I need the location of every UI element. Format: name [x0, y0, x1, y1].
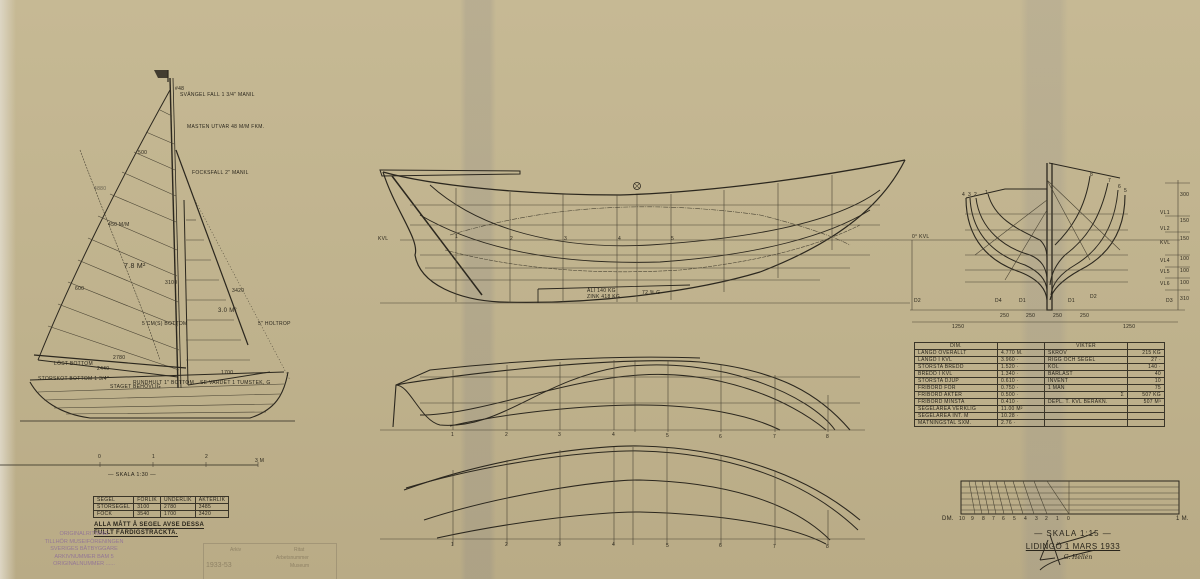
weight-label: 1 man [1045, 385, 1128, 392]
plan-station-3: 3 [558, 542, 561, 548]
body-station-3: 3 [968, 192, 971, 198]
weight-label [1045, 420, 1128, 427]
dim-label: Största bredd [915, 364, 998, 371]
sail-table-cell: 3420 [195, 511, 229, 518]
dimensions-weights-table: Dim. Vikter Längd överallt4.770 m.Skrov2… [914, 342, 1165, 427]
stamp-line: Sveriges Båtbyggare [14, 546, 154, 554]
profile-view-graphic [380, 160, 1180, 303]
sail-table-cell: 2780 [161, 504, 196, 511]
body-spacing: 250 [1026, 313, 1035, 319]
sail-dim-3420: 3420 [232, 288, 244, 294]
body-station-1: 1 [985, 190, 988, 196]
mainsail-area-label: 7.8 m² [124, 263, 146, 270]
sail-dim-500: 500 [138, 150, 147, 156]
profile-station-1: 1 [455, 234, 458, 240]
half-breadth-station-3: 3 [558, 432, 561, 438]
weight-label: Barlast [1045, 371, 1128, 378]
scale-tick: 10 [959, 516, 965, 522]
table-row: Längd överallt4.770 m.Skrov215 kg [915, 350, 1165, 357]
body-diagonal-label: D1 [1068, 298, 1075, 304]
plan-station-6: 6 [719, 543, 722, 549]
sail-table-cell: Storsegel [94, 504, 134, 511]
ballast-annotation-2: ZINK 418 kg [587, 294, 620, 300]
sail-dim-450: 450 m/m [108, 222, 130, 228]
weight-value [1128, 406, 1165, 413]
dim-label: Mätningstal SXM. [915, 420, 998, 427]
dim-value: 0.410 · [998, 399, 1045, 406]
scale-tick: 7 [992, 516, 995, 522]
sail-table-header: Akterlik [195, 497, 229, 504]
table-row: Största bredd1.520 ·Köl140 · [915, 364, 1165, 371]
half-breadth-station-7: 7 [773, 434, 776, 440]
stamp-line: Arkivnummer BAM 5 [14, 554, 154, 562]
scale-tick: 8 [982, 516, 985, 522]
dim-value: 11.00 m² [998, 406, 1045, 413]
plan-station-7: 7 [773, 544, 776, 550]
body-vertical-dim: 150 [1180, 218, 1189, 224]
sail-table-row: Storsegel 3100 2780 3485 [94, 504, 229, 511]
half-breadth-station-5: 5 [666, 433, 669, 439]
half-breadth-station-1: 1 [451, 432, 454, 438]
faint-stamp-label: Ritat [294, 546, 304, 554]
ballast-annotation-3: 72 % G [642, 290, 660, 296]
weight-label [1045, 406, 1128, 413]
weights-table-spacer [1128, 343, 1165, 350]
stamp-line: Originalritning [14, 531, 154, 539]
weight-value: 140 · [1128, 364, 1165, 371]
weight-label: Σ [1045, 392, 1128, 399]
dim-value: 1.520 · [998, 364, 1045, 371]
weight-label: Rigg och segel [1045, 357, 1128, 364]
sail-dim-3100: 3100 [165, 280, 177, 286]
weight-label: Invent [1045, 378, 1128, 385]
faint-stamp-number: 1933-53 [206, 562, 232, 570]
half-breadth-view-graphic [380, 357, 865, 432]
faint-stamp-label: Arbetsnummer [276, 554, 309, 562]
weight-value: 507 kg [1128, 392, 1165, 399]
weight-label: Köl [1045, 364, 1128, 371]
sail-table-header: Förlik [134, 497, 161, 504]
body-vertical-dim: 100 [1180, 256, 1189, 262]
dim-label: Segelarea int. m [915, 413, 998, 420]
drawing-sheet: #48 Svängel fall 1 3/4" manil Masten utv… [0, 0, 1200, 579]
scale-tick: 3 [1035, 516, 1038, 522]
dim-value: 0.750 · [998, 385, 1045, 392]
scale-tick-2: 2 [205, 454, 208, 460]
stamp-line: Tillhör Museiföreningen [14, 539, 154, 547]
body-diagonal-label: D2 [1090, 294, 1097, 300]
sail-dim-600: 600 [75, 286, 84, 292]
body-vertical-dim: 100 [1180, 268, 1189, 274]
weight-label: Depl. t. KVL beräkn. [1045, 399, 1128, 406]
sail-dim-4880: 4880 [94, 186, 106, 192]
body-station-8: 8 [1090, 172, 1093, 178]
dim-table-header: Dim. [915, 343, 998, 350]
body-diagonal-label: D4 [995, 298, 1002, 304]
scale-tick: 9 [971, 516, 974, 522]
sail-label-halyard: Svängel fall 1 3/4" manil [180, 92, 255, 98]
plan-station-8: 8 [826, 544, 829, 550]
weight-label [1045, 413, 1128, 420]
body-vertical-dim: 150 [1180, 236, 1189, 242]
profile-station-2: 2 [510, 236, 513, 242]
sail-dim-2780: 2780 [113, 355, 125, 361]
archive-stamp: Originalritning Tillhör Museiföreningen … [14, 531, 154, 569]
dim-value: 2.76 · [998, 420, 1045, 427]
plan-station-1: 1 [451, 542, 454, 548]
sail-label-loose-foot: Löst bottom [54, 361, 93, 367]
dim-label: Fribord för [915, 385, 998, 392]
body-waterline-mark: KVL [1160, 240, 1170, 246]
body-station-7: 7 [1108, 178, 1111, 184]
sail-dim-2440: 2440 [97, 366, 109, 372]
body-waterline-mark: VL5 [1160, 269, 1170, 275]
profile-waterline-label: KVL [378, 236, 388, 242]
weight-value: 40 [1128, 371, 1165, 378]
scale-tick: 0 [1067, 516, 1070, 522]
plan-station-5: 5 [666, 543, 669, 549]
body-station-4: 4 [962, 192, 965, 198]
faint-registry-stamp: Arkiv Ritat Arbetsnummer Museum 1933-53 [203, 543, 337, 579]
sail-label-rundhult: Rundhult 1" bottom [133, 380, 194, 386]
body-waterline-mark: VL2 [1160, 226, 1170, 232]
sail-scale-label: — SKALA 1:30 — [108, 472, 156, 478]
sail-label-mainsheet: Storskot bottom 1 3/4" [38, 376, 109, 382]
plan-station-4: 4 [612, 542, 615, 548]
body-diagonal-label: D2 [914, 298, 921, 304]
body-waterline-mark: VL6 [1160, 281, 1170, 287]
dim-label: Fribord minsta [915, 399, 998, 406]
half-breadth-station-6: 6 [719, 434, 722, 440]
sail-table-header: Underlik [161, 497, 196, 504]
body-waterline-mark: VL1 [1160, 210, 1170, 216]
weights-table-header: Vikter [1045, 343, 1128, 350]
designer-signature: G. Hellén [1058, 554, 1098, 561]
sail-note-line1: Alla mått å segel avse dessa [94, 522, 204, 529]
table-row: Segelarea int. m10.28 · [915, 413, 1165, 420]
body-station-2: 2 [974, 192, 977, 198]
scale-tick-0: 0 [98, 454, 101, 460]
dim-value: 1.340 · [998, 371, 1045, 378]
table-row: Största djup0.610 ·Invent10 [915, 378, 1165, 385]
table-row: Segelarea verklig11.00 m² [915, 406, 1165, 413]
body-waterline-label: 0° KVL [912, 234, 929, 240]
table-row: Fribord akter0.500 ·Σ507 kg [915, 392, 1165, 399]
scale-tick-1: 1 [152, 454, 155, 460]
table-row: Fribord minsta0.410 ·Depl. t. KVL beräkn… [915, 399, 1165, 406]
dim-value: 0.500 · [998, 392, 1045, 399]
dim-label: Bredd i KVL [915, 371, 998, 378]
plan-view-graphic [380, 446, 865, 545]
dim-label: Längd i KVL [915, 357, 998, 364]
body-spacing: 250 [1000, 313, 1009, 319]
table-row: Bredd i KVL1.340 ·Barlast40 [915, 371, 1165, 378]
sail-table-cell: 3100 [134, 504, 161, 511]
dim-value: 0.610 · [998, 378, 1045, 385]
profile-station-3: 3 [564, 236, 567, 242]
sail-label-mast: Masten utvar 48 m/m fkm. [187, 124, 264, 130]
scale-tick-3: 3 m [255, 458, 264, 464]
dim-table-spacer [998, 343, 1045, 350]
sail-table-cell: 3540 [134, 511, 161, 518]
profile-station-4: 4 [618, 236, 621, 242]
body-spacing: 250 [1080, 313, 1089, 319]
table-row: Längd i KVL3.960 ·Rigg och segel27 · [915, 357, 1165, 364]
dim-label: Segelarea verklig [915, 406, 998, 413]
weight-value: 10 [1128, 378, 1165, 385]
scale-tick: 4 [1024, 516, 1027, 522]
scale-bar-graphic [961, 481, 1179, 514]
half-breadth-station-4: 4 [612, 432, 615, 438]
body-spacing: 250 [1053, 313, 1062, 319]
stamp-line: Originalnummer ...... [14, 561, 154, 569]
weight-value: 507 m³ [1128, 399, 1165, 406]
body-waterline-mark: VL4 [1160, 258, 1170, 264]
weight-value: 75 [1128, 385, 1165, 392]
sail-label-jib-halyard: Focksfall 2" manil [192, 170, 249, 176]
jib-area-label: 3.0 m² [218, 308, 237, 314]
dim-value: 4.770 m. [998, 350, 1045, 357]
plan-station-2: 2 [505, 542, 508, 548]
body-diagonal-label: D1 [1019, 298, 1026, 304]
body-station-6: 6 [1118, 184, 1121, 190]
weight-value [1128, 413, 1165, 420]
dim-label: Fribord akter [915, 392, 998, 399]
body-vertical-dim: 300 [1180, 192, 1189, 198]
sail-table-cell: 3485 [195, 504, 229, 511]
profile-station-5: 5 [671, 236, 674, 242]
dim-value: 3.960 · [998, 357, 1045, 364]
sail-table-row: Fock 3540 1700 3420 [94, 511, 229, 518]
sail-label-bottom: 5 cm(s) bottom [142, 321, 188, 327]
scale-tick: 1 [1056, 516, 1059, 522]
scale-tick: 6 [1002, 516, 1005, 522]
dim-label: Största djup [915, 378, 998, 385]
sail-table-cell: Fock [94, 511, 134, 518]
faint-stamp-label: Arkiv [230, 546, 241, 554]
body-station-5: 5 [1124, 188, 1127, 194]
half-breadth-station-8: 8 [826, 434, 829, 440]
table-row: Fribord för0.750 ·1 man75 [915, 385, 1165, 392]
body-diagonal-label: D3 [1166, 298, 1173, 304]
body-vertical-dim: 100 [1180, 280, 1189, 286]
sail-label-holtrop: 5" Holtrop [258, 321, 291, 327]
scale-1m-label: 1 m. [1176, 516, 1189, 522]
dim-value: 10.28 · [998, 413, 1045, 420]
scale-dm-label: dm. [942, 516, 954, 522]
body-vertical-dim: 310 [1180, 296, 1189, 302]
table-row: Mätningstal SXM.2.76 · [915, 420, 1165, 427]
body-half-width-left: 1250 [952, 324, 964, 330]
weight-value: 27 · [1128, 357, 1165, 364]
faint-stamp-label: Museum [290, 562, 309, 570]
dim-label: Längd överallt [915, 350, 998, 357]
sail-dimensions-table: Segel Förlik Underlik Akterlik Storsegel… [93, 496, 229, 518]
weight-label: Skrov [1045, 350, 1128, 357]
half-breadth-station-2: 2 [505, 432, 508, 438]
place-date-title: LIDINGÖ 1 MARS 1933 [1018, 542, 1128, 551]
body-plan-graphic [910, 163, 1190, 322]
sail-table-cell: 1700 [161, 511, 196, 518]
weight-value: 215 kg [1128, 350, 1165, 357]
drawing-scale-title: — SKALA 1:15 — [1018, 529, 1128, 538]
weight-value [1128, 420, 1165, 427]
sail-table-header: Segel [94, 497, 134, 504]
body-half-width-right: 1250 [1123, 324, 1135, 330]
sail-label-se-vardet: Se vardet 1 tumstek, G [200, 380, 271, 386]
sail-dim-1700: 1700 [221, 370, 233, 376]
scale-tick: 2 [1045, 516, 1048, 522]
scale-tick: 5 [1013, 516, 1016, 522]
